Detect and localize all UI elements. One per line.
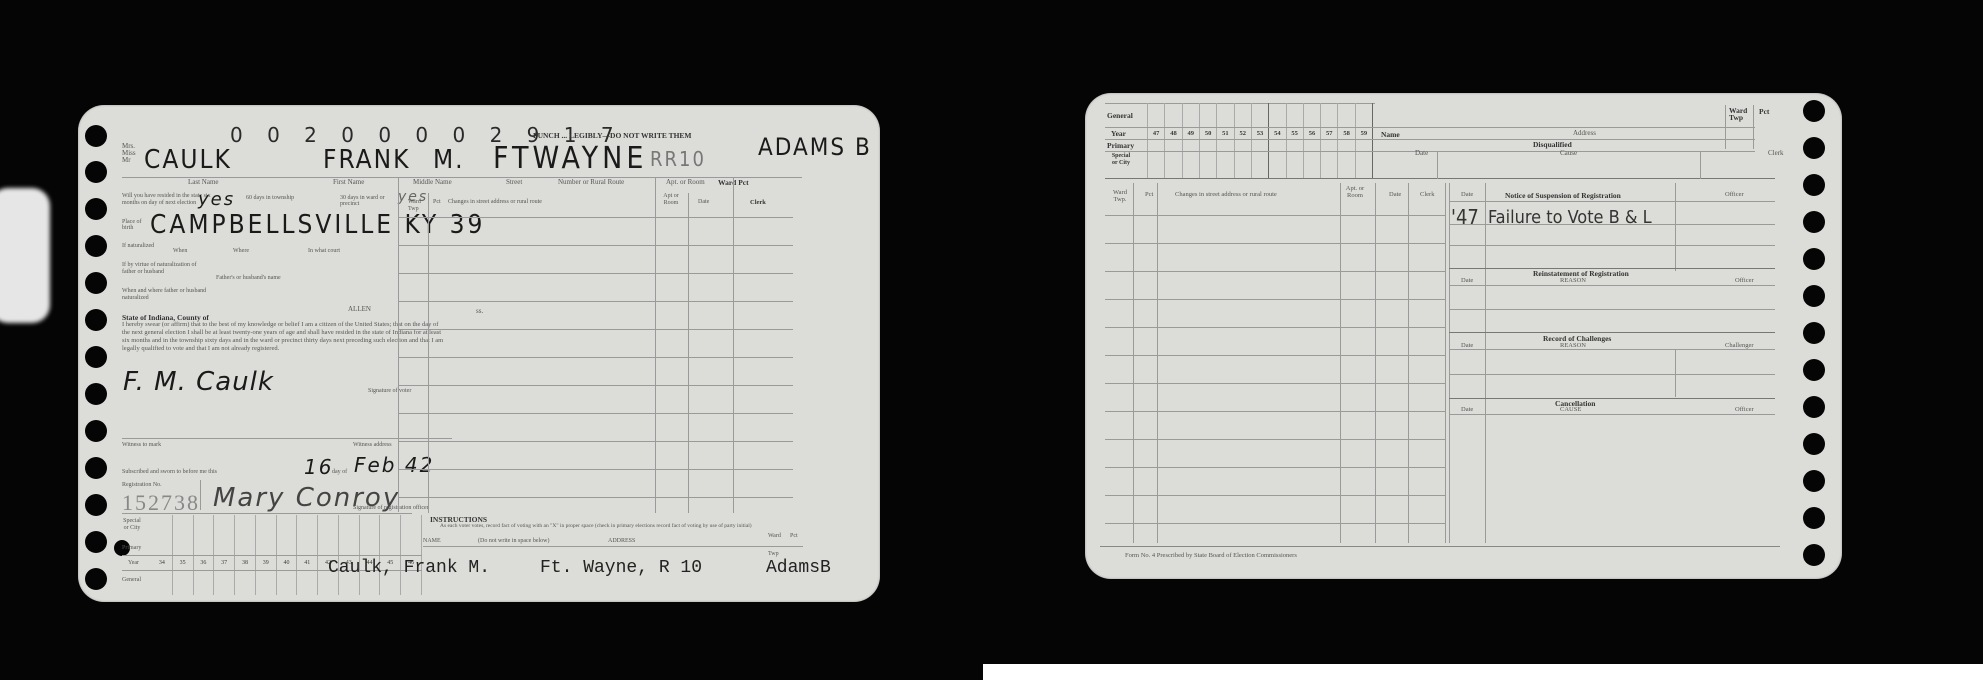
label-middle-name: Middle Name [413, 178, 452, 186]
punch-hole-icon [1803, 137, 1825, 159]
divider [398, 217, 793, 218]
form-footer: Form No. 4 Prescribed by State Board of … [1125, 552, 1297, 559]
label-general: General [122, 577, 141, 583]
label-name-right: Name [1381, 130, 1400, 139]
punch-hole-icon [85, 494, 107, 516]
label-date: Date [698, 199, 709, 205]
divider [1105, 523, 1445, 524]
oath-ss: ss. [476, 307, 483, 315]
punch-hole-icon [1803, 248, 1825, 270]
year-cell: 50 [1199, 103, 1216, 178]
divider [733, 177, 734, 513]
divider [1105, 139, 1755, 140]
punch-hole-icon [85, 161, 107, 183]
header-apt-room: Apt. or Room [1343, 185, 1367, 199]
divider [1105, 127, 1755, 128]
label-clerk-right: Clerk [1768, 149, 1784, 157]
label-apt-or-room: Apt or Room [661, 193, 681, 207]
ward-precinct-handwritten: ADAMS B [758, 133, 872, 161]
label-primary: Primary [122, 545, 141, 551]
reinstatement-header-reason: REASON [1560, 277, 1586, 284]
punch-hole-icon [85, 531, 107, 553]
reinstatement-header-date: Date [1461, 277, 1473, 284]
suspension-header-notice: Notice of Suspension of Registration [1505, 191, 1621, 200]
sworn-month-year: Feb 42 [354, 453, 434, 477]
divider [122, 555, 422, 556]
label-changes-address: Changes in street address or rural route [448, 199, 542, 205]
label-ward-bottom: Ward [768, 533, 781, 539]
divider [398, 273, 793, 274]
header-clerk: Clerk [1420, 191, 1434, 198]
divider [1449, 374, 1775, 375]
divider [1105, 327, 1445, 328]
divider [1157, 183, 1158, 543]
label-pct-right: Pct [1759, 107, 1769, 116]
divider [1105, 151, 1755, 152]
divider [1700, 151, 1701, 179]
punch-hole-icon [1803, 174, 1825, 196]
label-what-court: In what court [308, 248, 340, 254]
header-changes: Changes in street address or rural route [1175, 191, 1277, 198]
label-address-bottom: ADDRESS [608, 538, 635, 544]
divider [688, 193, 689, 513]
divider [1449, 183, 1450, 543]
challenges-header-date: Date [1461, 342, 1473, 349]
label-do-not-write: (Do not write in space below) [478, 538, 549, 544]
header-ward-twp: Ward Twp. [1109, 189, 1131, 203]
label-ward-twp: Ward Twp [408, 199, 430, 213]
divider [1105, 299, 1445, 300]
divider [655, 177, 656, 513]
divider [1408, 183, 1409, 543]
oath-county: ALLEN [348, 305, 371, 313]
suspension-entry-date: '47 [1451, 205, 1479, 229]
divider [398, 329, 793, 330]
label-pct: Pct [433, 199, 441, 205]
punch-hole-icon [85, 309, 107, 331]
punch-hole-icon [85, 568, 107, 590]
divider [1449, 414, 1775, 415]
divider [122, 513, 412, 514]
divider [1100, 546, 1780, 547]
divider [1105, 383, 1445, 384]
cancellation-header-date: Date [1461, 406, 1473, 413]
label-ward-twp-right: Ward Twp [1729, 107, 1749, 121]
divider [398, 177, 399, 512]
divider [1449, 245, 1775, 246]
middle-name: M. [433, 145, 465, 175]
typed-name: Caulk, Frank M. [328, 558, 490, 578]
label-year-right: Year [1111, 129, 1126, 138]
punch-hole-icon [85, 420, 107, 442]
label-clerk: Clerk [750, 199, 766, 206]
label-general-right: General [1107, 111, 1133, 120]
label-signature-officer: Signature of registration officer [353, 505, 429, 511]
punch-hole-icon [1803, 211, 1825, 233]
punch-hole-icon [1803, 544, 1825, 566]
divider [398, 497, 793, 498]
label-naturalized: If naturalized [122, 243, 154, 249]
suspension-header-date: Date [1461, 191, 1473, 198]
label-rural-route: Number or Rural Route [558, 178, 624, 186]
punch-hole-icon [1803, 359, 1825, 381]
year-cell: 55 [1286, 103, 1303, 178]
punch-hole-icon [85, 235, 107, 257]
divider [1675, 349, 1676, 397]
label-apt-room: Apt. or Room [666, 178, 705, 186]
divider [1675, 183, 1676, 271]
label-registration-no: Registration No. [122, 482, 162, 488]
sworn-day: 16 [304, 455, 333, 479]
challenges-header-challenger: Challenger [1725, 342, 1754, 349]
suspension-header-officer: Officer [1725, 191, 1744, 198]
punch-hole-icon [85, 198, 107, 220]
blurred-card-edge [0, 188, 50, 323]
divider [1449, 332, 1775, 333]
divider [1105, 215, 1445, 216]
label-signature-voter: Signature of voter [368, 388, 411, 394]
label-year: Year [128, 560, 139, 566]
divider [1105, 467, 1445, 468]
label-day-of: day of [332, 469, 347, 475]
year-cell: 58 [1337, 103, 1354, 178]
divider [398, 301, 793, 302]
label-virtue-of: If by virtue of naturalization of father… [122, 262, 202, 276]
divider [1449, 224, 1775, 225]
label-first-name: First Name [333, 178, 364, 186]
year-cell: 52 [1234, 103, 1251, 178]
change-address-table: Ward Twp. Pct Changes in street address … [1105, 183, 1765, 553]
punch-hole-icon [1803, 322, 1825, 344]
name-prefix: Mrs. Miss Mr [122, 143, 142, 164]
punch-hole-icon [1803, 470, 1825, 492]
typed-ward: AdamsB [766, 558, 831, 578]
divider [1449, 398, 1775, 399]
divider [398, 413, 793, 414]
year-cell: 47 [1147, 103, 1164, 178]
challenges-header-reason: REASON [1560, 342, 1586, 349]
divider [1485, 183, 1486, 543]
label-twp-bottom: Twp [768, 551, 779, 557]
punch-hole-icon [1803, 433, 1825, 455]
year-cell: 49 [1182, 103, 1199, 178]
last-name: CAULK [144, 145, 232, 175]
registration-card-back: General Year Primary Special or City 47 … [1085, 93, 1842, 579]
punch-hole-icon [85, 272, 107, 294]
divider [1437, 151, 1438, 179]
punch-hole-icon [1803, 507, 1825, 529]
header-date: Date [1389, 191, 1401, 198]
divider [1105, 411, 1445, 412]
divider [428, 193, 429, 513]
divider [1445, 183, 1446, 543]
punch-hole-icon [1803, 100, 1825, 122]
label-days-ward: 30 days in ward or precinct [340, 195, 405, 207]
year-cell: 54 [1268, 103, 1285, 178]
street: FTWAYNE [493, 141, 647, 176]
divider [1449, 201, 1775, 202]
label-father-husband: Father's or husband's name [216, 275, 281, 281]
divider [1105, 271, 1445, 272]
year-cell: 53 [1251, 103, 1268, 178]
label-place-of-birth: Place of birth [122, 219, 150, 231]
label-primary-right: Primary [1107, 141, 1134, 150]
rural-route: RR10 [650, 147, 706, 171]
divider [1105, 178, 1775, 179]
year-cell: 57 [1320, 103, 1337, 178]
label-where: Where [233, 248, 249, 254]
place-of-birth: CAMPBELLSVILLE KY 39 [150, 210, 485, 240]
resided-state-answer: yes [198, 189, 235, 210]
divider [1105, 243, 1445, 244]
label-subscribed: Subscribed and sworn to before me this [122, 469, 217, 475]
label-special-city-right: Special or City [1111, 153, 1131, 167]
year-cell: 51 [1216, 103, 1233, 178]
divider [1105, 355, 1445, 356]
label-disqualified: Disqualified [1533, 140, 1572, 149]
label-date-right: Date [1415, 149, 1428, 157]
punch-hole-icon [85, 383, 107, 405]
registration-card-front: 0 0 2 0 0 0 0 2 9 1 7 PUNCH ... LEGIBLY—… [78, 105, 880, 602]
year-cell: 56 [1303, 103, 1320, 178]
divider [1753, 105, 1754, 149]
label-when-where-father: When and where father or husband natural… [122, 288, 212, 302]
cancellation-header-cause: CAUSE [1560, 406, 1581, 413]
divider [1105, 495, 1445, 496]
divider [1105, 439, 1445, 440]
divider [1375, 183, 1376, 543]
voter-signature: F. M. Caulk [123, 367, 274, 397]
punch-hole-icon [85, 125, 107, 147]
label-last-name: Last Name [188, 178, 219, 186]
label-when: When [173, 248, 187, 254]
divider [200, 480, 201, 510]
divider [1449, 309, 1775, 310]
divider [398, 385, 793, 386]
label-cause: Cause [1560, 149, 1577, 157]
divider [1449, 349, 1775, 350]
punch-hole-icon [1803, 285, 1825, 307]
divider [398, 469, 793, 470]
divider [122, 438, 452, 439]
punch-hole-icon [85, 346, 107, 368]
white-border-strip [983, 664, 1983, 680]
divider [1449, 285, 1775, 286]
cancellation-header-officer: Officer [1735, 406, 1754, 413]
divider [1133, 183, 1134, 543]
first-name: FRANK [323, 145, 410, 175]
header-notice: PUNCH ... LEGIBLY—DO NOT WRITE THEM [533, 131, 692, 140]
year-cell: 48 [1164, 103, 1181, 178]
label-days-township: 60 days in township [246, 195, 296, 201]
label-witness-address: Witness address [353, 442, 392, 448]
instructions-text: As each voter votes, record fact of voti… [440, 523, 830, 530]
label-name-bottom: NAME [423, 538, 441, 544]
divider [398, 441, 793, 442]
divider [1340, 183, 1341, 543]
divider [1725, 105, 1726, 149]
header-pct: Pct [1145, 191, 1153, 198]
divider [423, 546, 803, 547]
label-special-city: Special or City [122, 518, 142, 532]
label-street: Street [506, 178, 522, 186]
label-witness-mark: Witness to mark [122, 442, 161, 448]
divider [398, 357, 793, 358]
label-address-right: Address [1573, 129, 1596, 137]
divider [398, 245, 793, 246]
year-cell: 59 [1355, 103, 1373, 178]
punch-hole-icon [1803, 396, 1825, 418]
typed-address: Ft. Wayne, R 10 [540, 558, 702, 578]
punch-hole-icon [85, 457, 107, 479]
reinstatement-header-officer: Officer [1735, 277, 1754, 284]
year-grid-right: 47 48 49 50 51 52 53 54 55 56 57 58 59 [1147, 103, 1373, 178]
label-pct-bottom: Pct [790, 533, 798, 539]
